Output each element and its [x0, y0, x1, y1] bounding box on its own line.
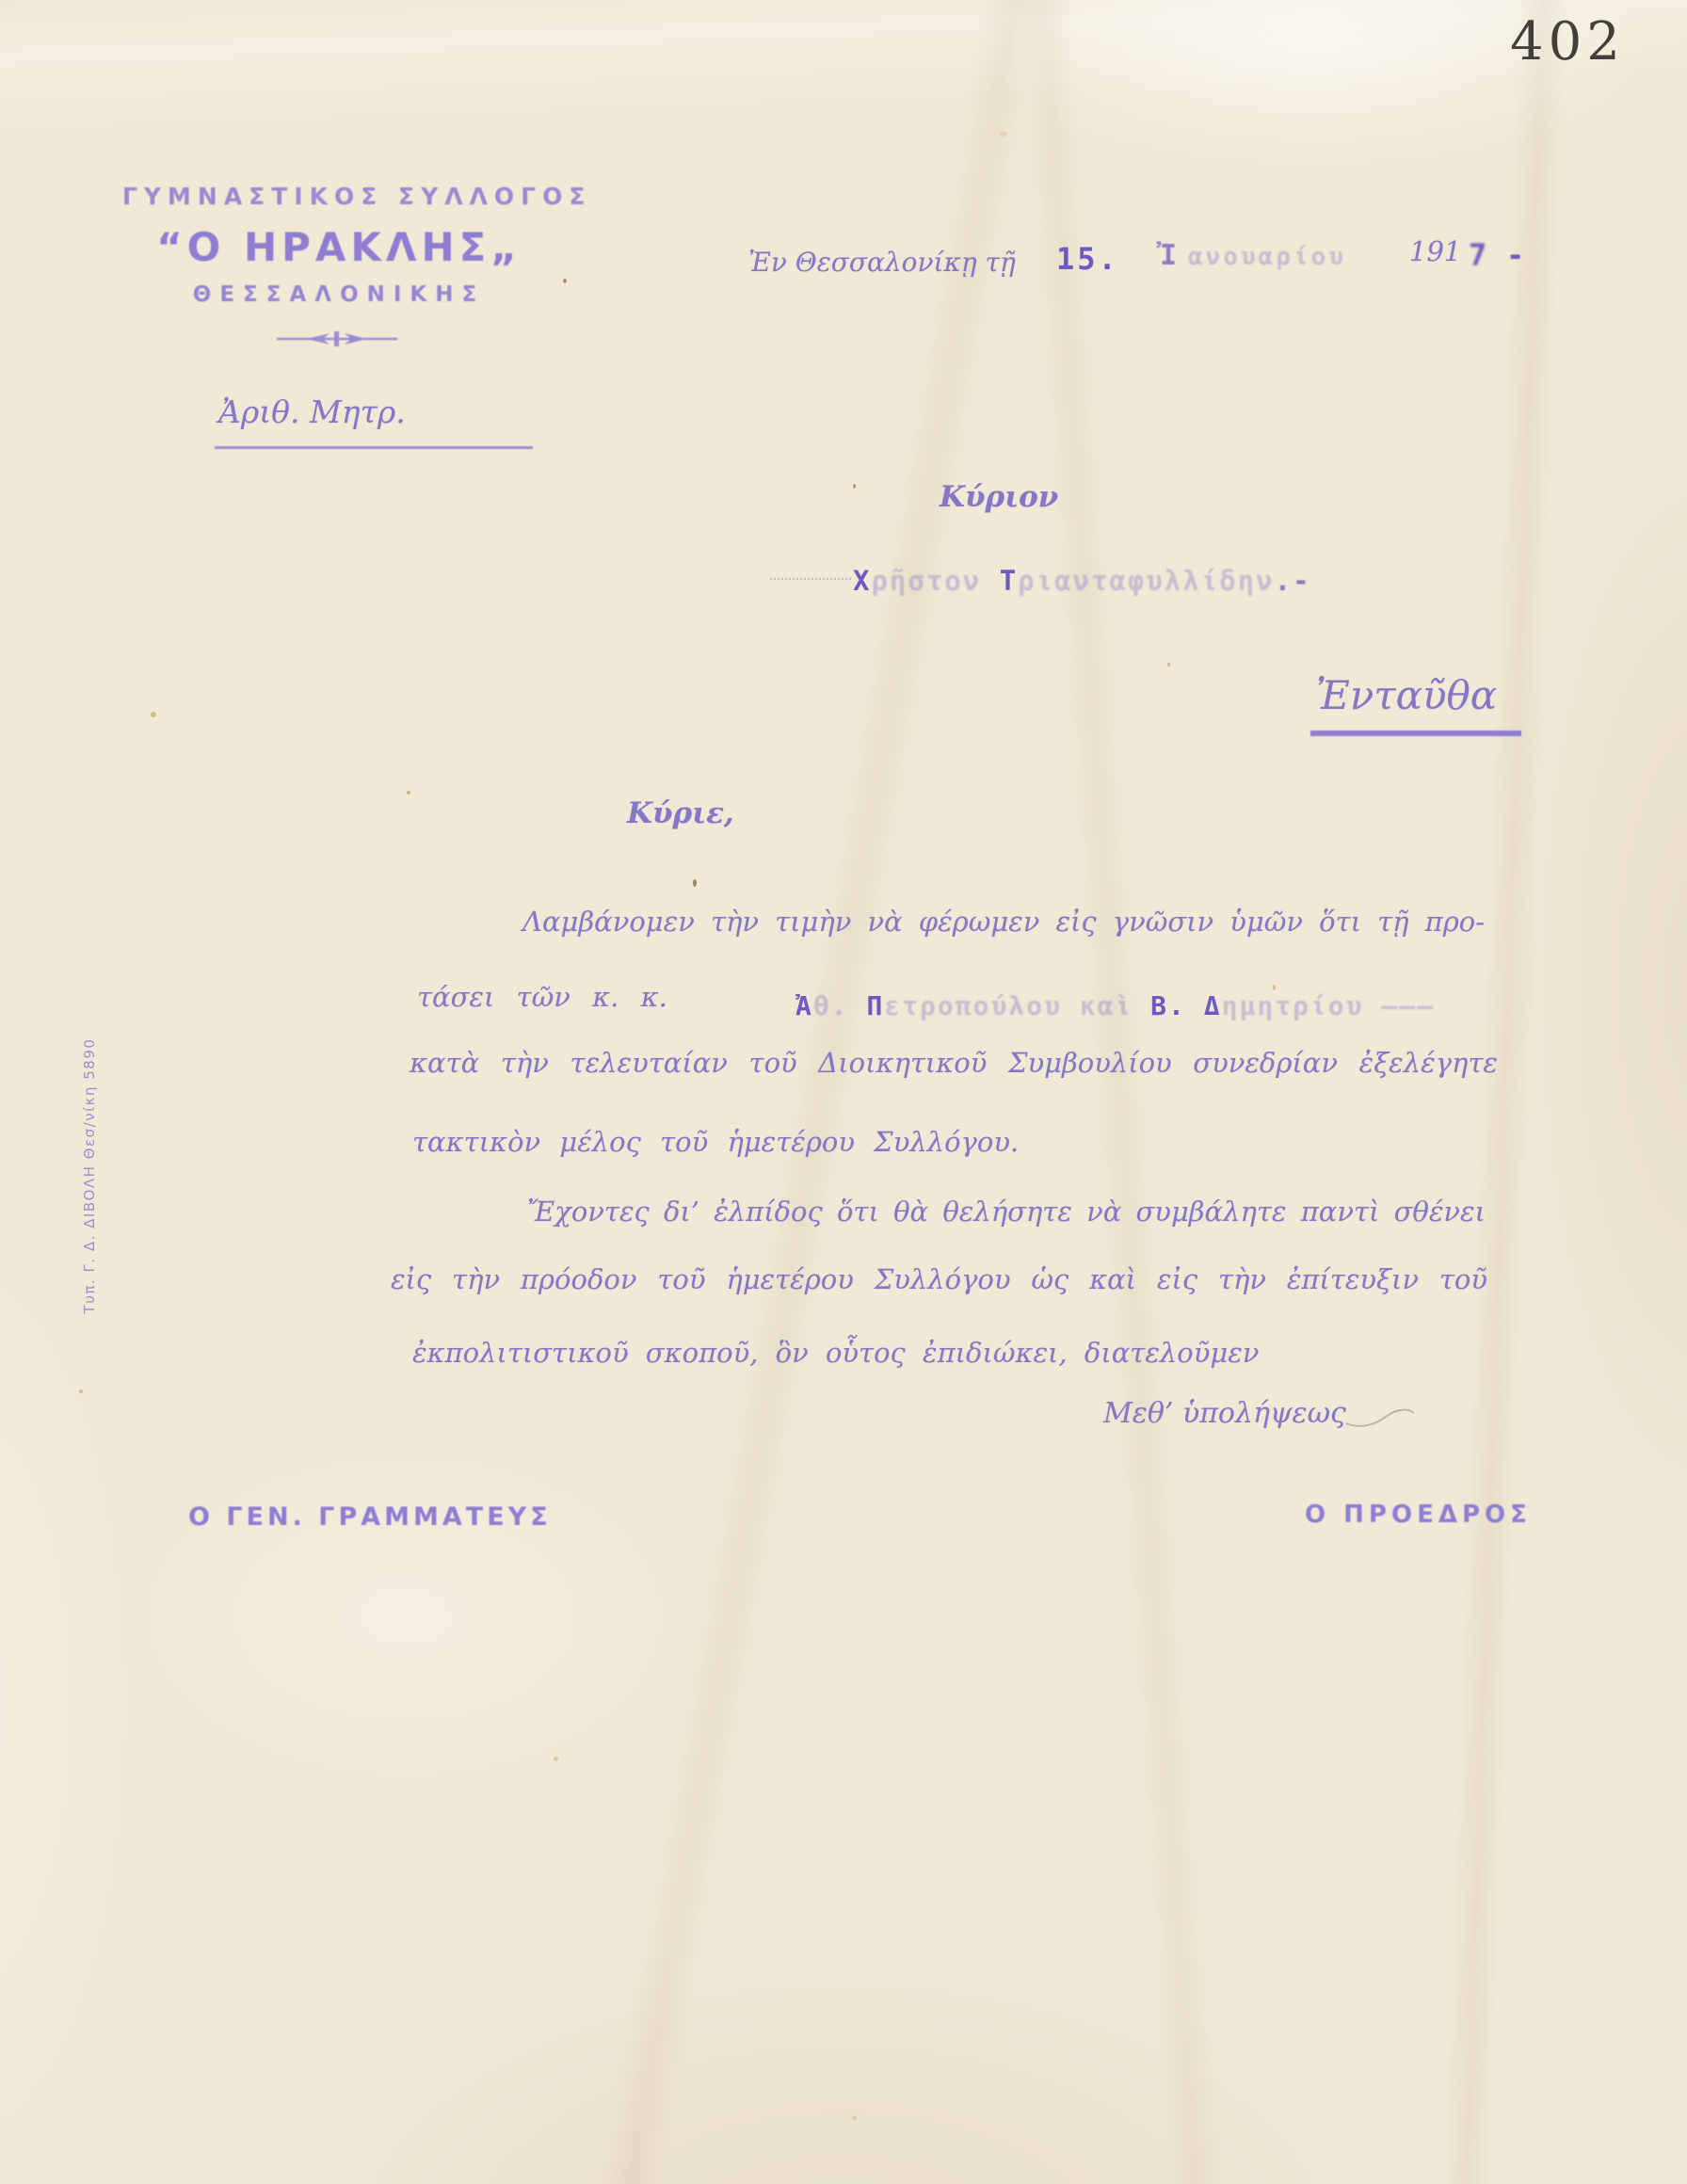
- recipient-title: Κύριον: [940, 480, 1058, 514]
- folio-number: 402: [1510, 11, 1625, 72]
- body-line: τάσει τῶν κ. κ.: [417, 981, 667, 1013]
- secretary-label: Ο ΓΕΝ. ΓΡΑΜΜΑΤΕΥΣ: [188, 1502, 552, 1532]
- paper-speck: [852, 2116, 857, 2120]
- letterhead-org-type: ΓΥΜΝΑΣΤΙΚΟΣ ΣΥΛΛΟΓΟΣ: [122, 183, 555, 210]
- body-line: εἰς τὴν πρόοδον τοῦ ἡμετέρου Συλλόγου ὡς…: [391, 1263, 1487, 1295]
- pencil-squiggle-icon: [1344, 1405, 1418, 1433]
- recipient-surname-initial: Τ: [1000, 565, 1018, 597]
- paper-speck: [151, 712, 156, 717]
- paper-speck: [1167, 663, 1170, 666]
- paper-creases: [0, 0, 1687, 2184]
- paper-speck: [563, 279, 567, 283]
- registry-underline: [215, 446, 533, 449]
- body-line: τακτικὸν μέλος τοῦ ἡμετέρου Συλλόγου.: [412, 1126, 1019, 1158]
- body-line: Ἔχοντες δι’ ἐλπίδος ὅτι θὰ θελήσητε νὰ σ…: [527, 1196, 1486, 1228]
- letterhead-city: ΘΕΣΣΑΛΟΝΙΚΗΣ: [122, 282, 555, 307]
- recipient-name: Χρῆστον Τριανταφυλλίδην.-: [853, 565, 1311, 597]
- recipient-name-initial: Χ: [853, 565, 871, 597]
- body-line: ἐκπολιτιστικοῦ σκοποῦ, ὃν οὗτος ἐπιδιώκε…: [412, 1337, 1259, 1369]
- dateline-year-digit: 7: [1469, 237, 1486, 273]
- paper-speck: [407, 791, 410, 795]
- closing-phrase: Μεθ’ ὑπολήψεως: [1103, 1397, 1346, 1430]
- printer-credit: Τυπ. Γ. Δ. ΔΙΒΟΛΗ Θεσ/νίκη 5890: [81, 988, 98, 1364]
- location-underline: [1310, 731, 1521, 736]
- letter-page: 402 ΓΥΜΝΑΣΤΙΚΟΣ ΣΥΛΛΟΓΟΣ “Ο ΗΡΑΚΛΗΣ„ ΘΕΣ…: [0, 0, 1687, 2184]
- paper-speck: [79, 1389, 83, 1393]
- dateline-month: ανουαρίου: [1188, 243, 1346, 271]
- dateline-place: Ἐν Θεσσαλονίκῃ τῇ: [748, 247, 1016, 278]
- dateline-day: 15.: [1056, 241, 1119, 277]
- recipient-location: Ἐνταῦθα: [1316, 672, 1497, 718]
- divider-ornament-icon: [275, 329, 399, 352]
- president-label: Ο ΠΡΟΕΔΡΟΣ: [1305, 1501, 1532, 1529]
- dateline-dash: -: [1506, 237, 1524, 273]
- letterhead-org-name: “Ο ΗΡΑΚΛΗΣ„: [122, 224, 555, 270]
- dateline-year-printed: 191: [1409, 235, 1461, 267]
- paper-speck: [1000, 132, 1007, 136]
- paper-speck: [853, 484, 856, 489]
- body-line: Λαμβάνομεν τὴν τιμὴν νὰ φέρωμεν εἰς γνῶσ…: [522, 906, 1485, 938]
- body-line: κατὰ τὴν τελευταίαν τοῦ Διοικητικοῦ Συμβ…: [410, 1047, 1498, 1079]
- body-salutation: Κύριε,: [627, 796, 734, 830]
- proposer-names: Ἀθ. Πετροπούλου καὶ Β. Δημητρίου ———: [795, 990, 1435, 1021]
- registry-number-label: Ἀριθ. Μητρ.: [218, 393, 406, 430]
- dotted-leader: [770, 578, 851, 580]
- dateline-month-initial: Ἰ: [1160, 239, 1177, 272]
- paper-speck: [554, 1757, 558, 1761]
- paper-speck: [693, 879, 697, 887]
